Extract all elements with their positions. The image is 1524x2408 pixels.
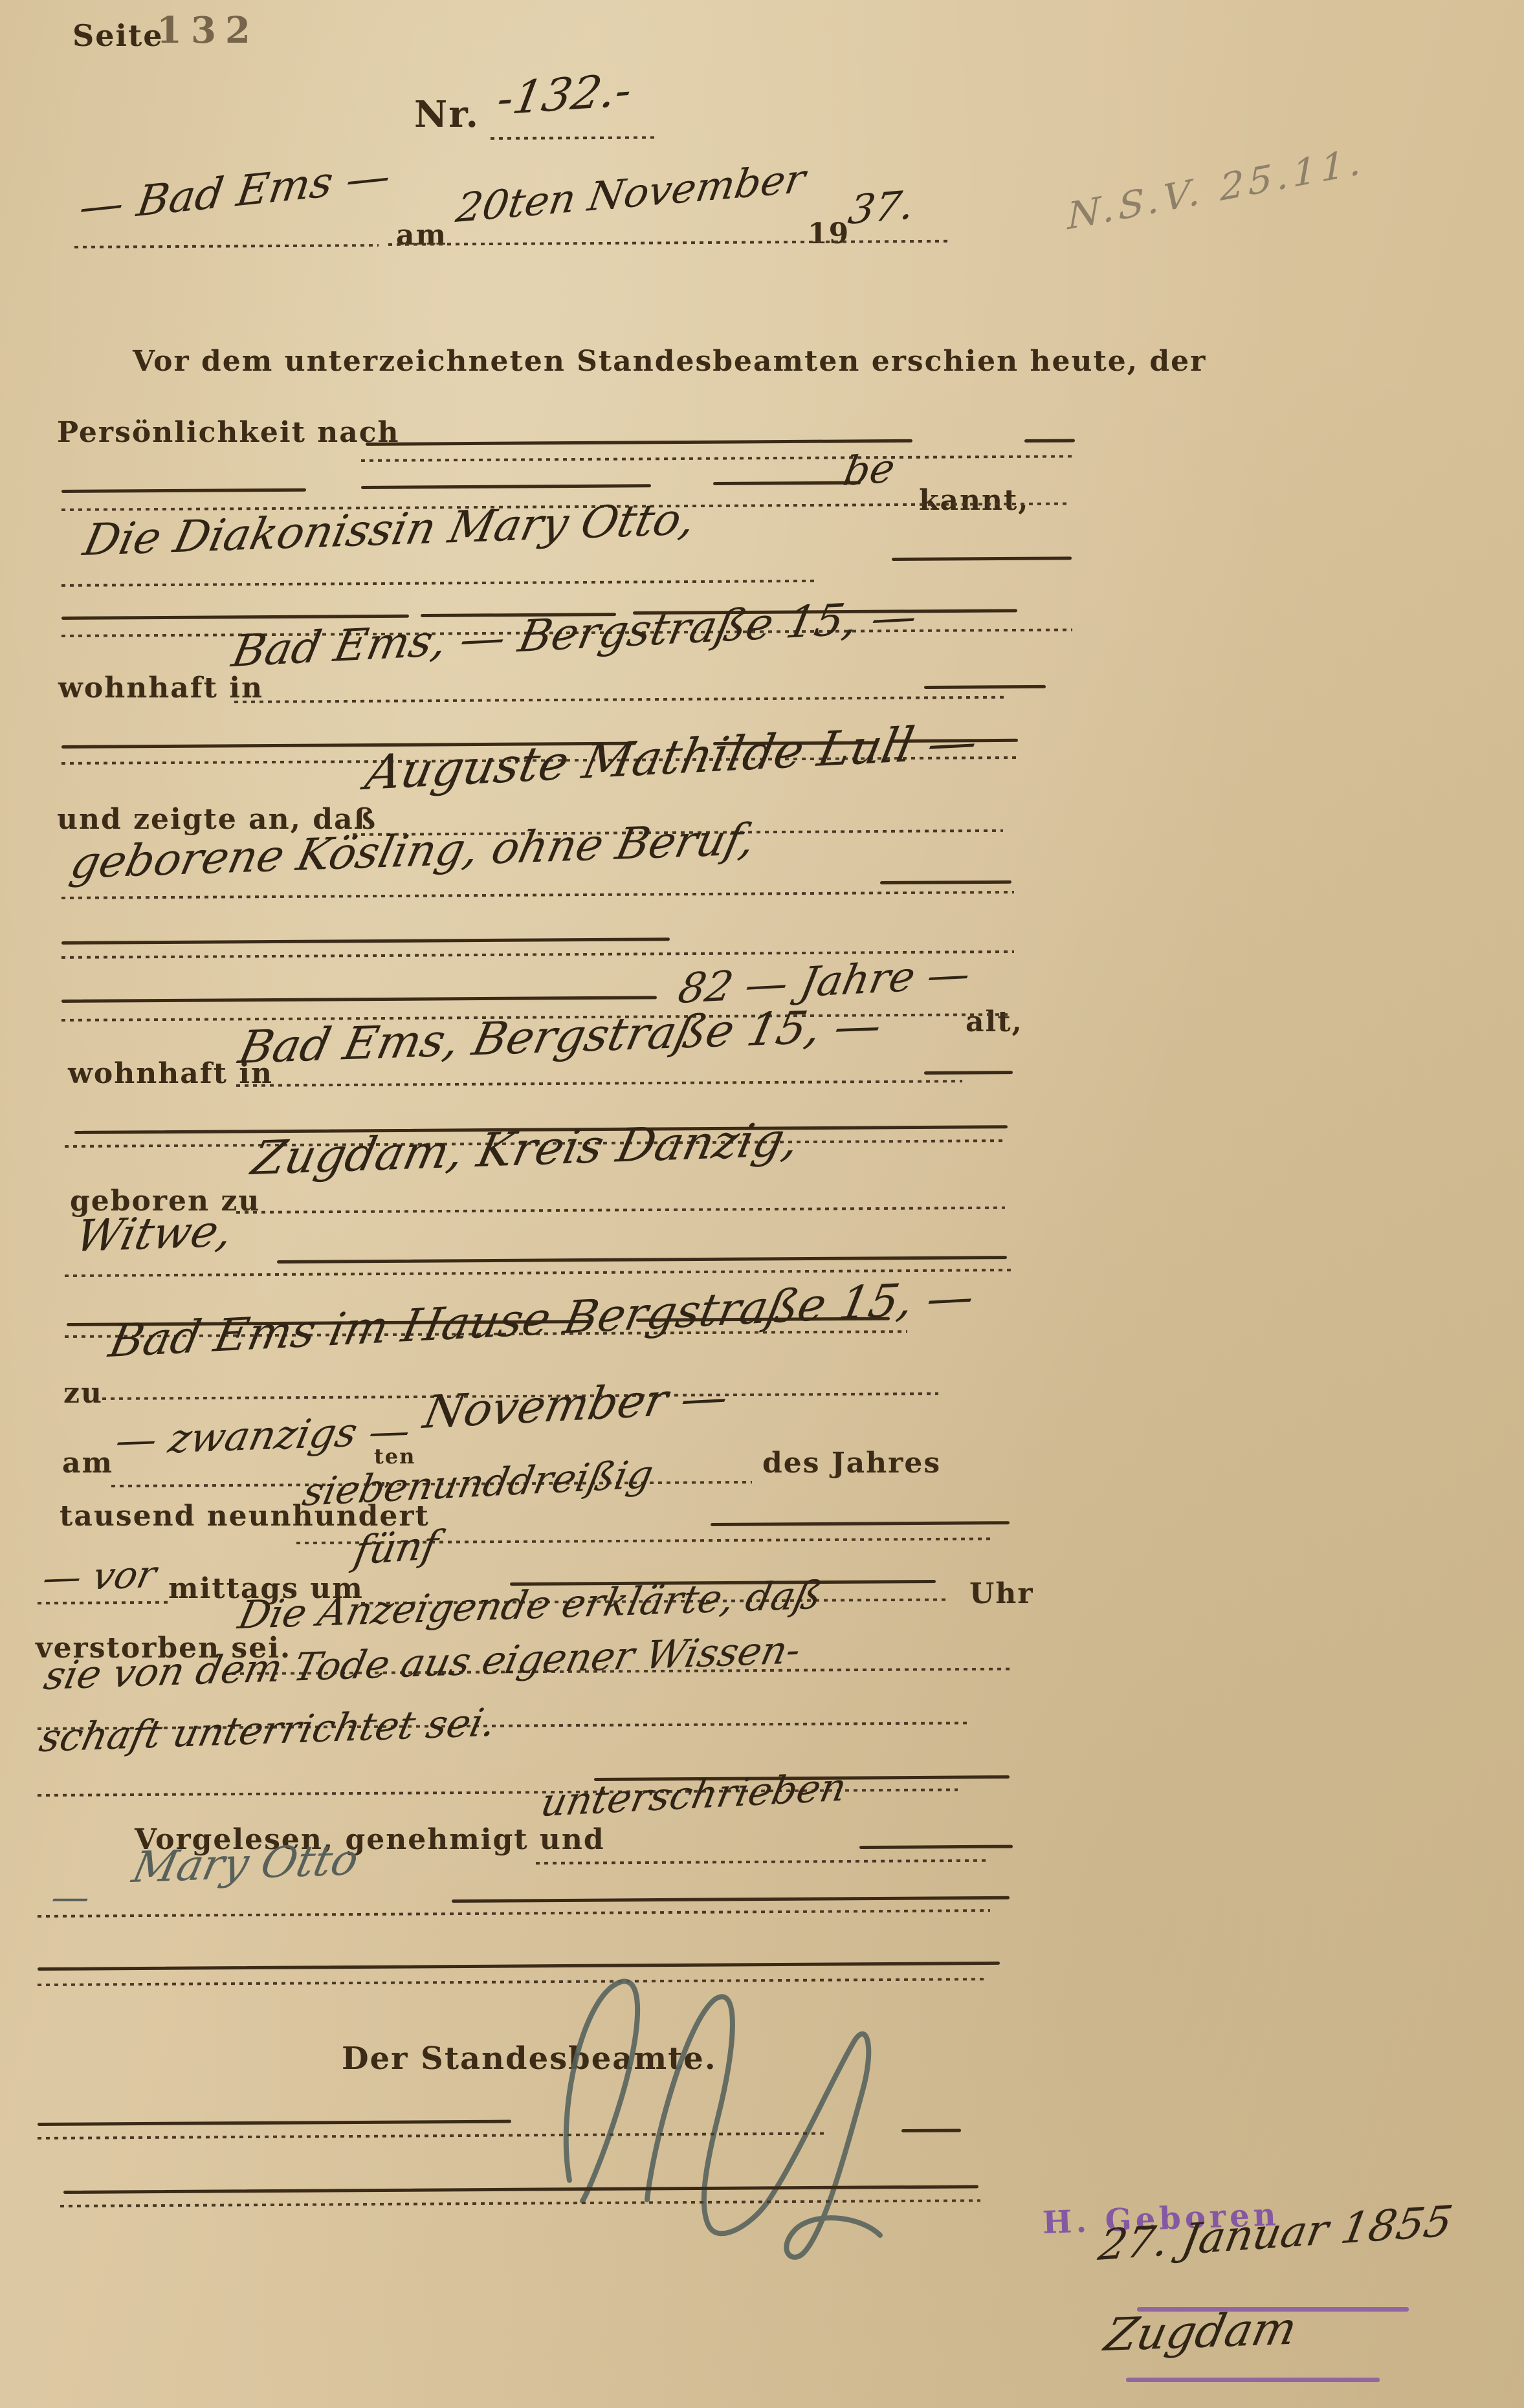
- vor-written: — vor: [39, 1552, 160, 1600]
- persoenlichkeit-label: Persönlichkeit nach: [57, 416, 400, 449]
- form-rule: [61, 488, 306, 493]
- stamp-underline: [1126, 2378, 1380, 2382]
- am-label: am: [396, 219, 447, 252]
- pencil-note: N.S.V. 25.11.: [1067, 139, 1365, 238]
- record-number-label: Nr.: [414, 93, 480, 136]
- death-register-page: Seite 132 Nr. -132.- — Bad Ems — am 20te…: [0, 0, 1524, 2408]
- death-place: Bad Ems im Hause Bergstraße 15, —: [105, 1270, 978, 1368]
- form-rule: [366, 439, 912, 446]
- form-rule: [880, 881, 1011, 884]
- form-rule: [61, 891, 1014, 899]
- place-rule: [74, 244, 379, 248]
- death-year-written: siebenunddreißig: [299, 1452, 657, 1515]
- be-written: be: [840, 444, 899, 495]
- uhr-label: Uhr: [969, 1577, 1034, 1610]
- form-rule: [1024, 439, 1075, 443]
- form-rule: [892, 556, 1072, 561]
- deceased-birthplace: Zugdam, Kreis Danzig,: [247, 1112, 804, 1185]
- declarant-signature: Mary Otto: [128, 1835, 363, 1892]
- am2-label: am: [62, 1447, 113, 1480]
- intro-line: Vor dem unterzeichneten Standesbeamten e…: [133, 345, 1206, 378]
- form-rule: [38, 2120, 511, 2126]
- officiant-signature: [505, 1947, 932, 2271]
- form-rule: [234, 696, 1004, 703]
- deceased-residence: Bad Ems, Bergstraße 15, —: [234, 999, 887, 1074]
- birth-place-written: Zugdam: [1100, 2302, 1301, 2361]
- form-rule: [711, 1521, 1010, 1526]
- date-value: 20ten November: [453, 155, 808, 232]
- form-rule: [61, 996, 657, 1003]
- des-jahres-label: des Jahres: [762, 1447, 941, 1480]
- page-number-stamp: 132: [157, 9, 260, 52]
- form-rule: [61, 580, 815, 587]
- form-rule: [38, 1909, 990, 1918]
- page-number-label: Seite: [72, 18, 163, 53]
- date-rule: [388, 240, 948, 246]
- death-hour-written: fünf: [351, 1521, 442, 1574]
- declarant-name: Die Diakonissin Mary Otto,: [79, 494, 700, 566]
- form-rule: [452, 1896, 1010, 1903]
- year-written-value: 37.: [845, 181, 918, 234]
- form-rule: [924, 685, 1046, 689]
- year-printed-prefix: 19: [808, 217, 850, 250]
- form-rule: [236, 1207, 1005, 1214]
- form-rule: [859, 1845, 1013, 1849]
- form-rule: [713, 481, 861, 485]
- declarant-residence: Bad Ems, — Bergstraße 15, —: [228, 591, 922, 677]
- deceased-name: Auguste Mathilde Lull —: [361, 714, 982, 801]
- form-rule: [277, 1256, 1007, 1264]
- death-month-written: November —: [419, 1370, 733, 1439]
- marital-status: Witwe,: [71, 1206, 237, 1262]
- form-rule: [361, 455, 1072, 462]
- place-value: — Bad Ems —: [76, 151, 393, 232]
- form-rule: [61, 937, 670, 945]
- record-number-value: -132.-: [493, 63, 636, 126]
- signature-dash: —: [47, 1875, 95, 1919]
- death-day-written: — zwanzigs —: [111, 1406, 415, 1464]
- record-number-rule: [491, 136, 656, 140]
- form-rule: [361, 484, 651, 489]
- statement-line3: schaft unterrichtet sei.: [36, 1700, 500, 1761]
- zu-label: zu: [63, 1377, 103, 1410]
- unterschrieben-written: unterschrieben: [537, 1765, 850, 1826]
- form-rule: [901, 2129, 961, 2132]
- form-rule: [924, 1071, 1013, 1075]
- alt-label: alt,: [966, 1005, 1023, 1038]
- form-rule: [536, 1859, 990, 1865]
- form-rule: [38, 1601, 170, 1604]
- form-rule: [236, 1080, 962, 1087]
- kannt-label: kannt,: [919, 484, 1030, 517]
- form-rule: [61, 615, 409, 620]
